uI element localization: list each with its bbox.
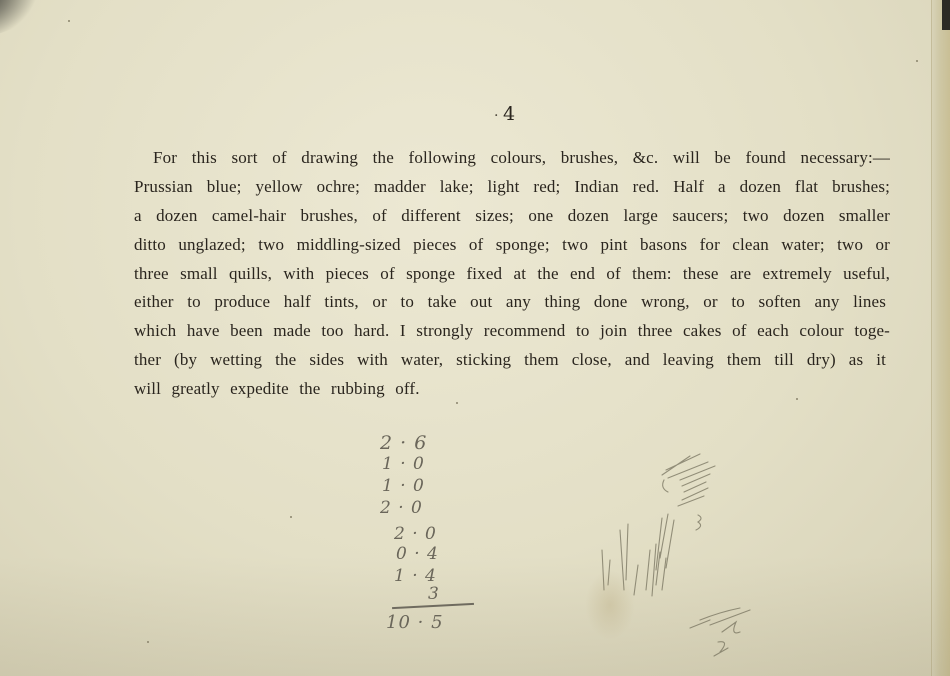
page-number: 4 (503, 103, 515, 125)
text-line: either to produce half tints, or to take… (134, 288, 886, 317)
text-line: ditto unglazed; two middling-sized piece… (134, 231, 890, 260)
text-line: Prussian blue; yellow ochre; madder lake… (134, 173, 890, 202)
text-line: For this sort of drawing the following c… (134, 144, 890, 173)
binding-shadow (942, 0, 950, 30)
text-line: will greatly expedite the rubbing off. (134, 375, 890, 404)
page-number-dot: . (494, 104, 498, 120)
paper-speck (68, 20, 70, 22)
handwritten-entry: 1 · 4 (394, 566, 437, 586)
handwritten-entry: 2 · 0 (394, 524, 437, 544)
paper-stain (585, 570, 635, 640)
text-line: which have been made too hard. I strongl… (134, 317, 890, 346)
handwritten-entry: 2 · 0 (380, 498, 423, 518)
paper-speck (456, 402, 458, 404)
handwritten-entry: 0 · 4 (396, 544, 439, 564)
corner-shadow (0, 0, 46, 40)
handwritten-entry: 3 (428, 584, 440, 604)
book-page: . 4 For this sort of drawing the followi… (0, 0, 950, 676)
paper-speck (290, 516, 292, 518)
text-line: three small quills, with pieces of spong… (134, 260, 890, 289)
handwritten-entry: 1 · 0 (382, 454, 425, 474)
paper-speck (147, 641, 149, 643)
body-paragraph: For this sort of drawing the following c… (134, 144, 890, 404)
text-line: a dozen camel-hair brushes, of different… (134, 202, 890, 231)
paper-speck (916, 60, 918, 62)
paper-speck (796, 398, 798, 400)
text-line: ther (by wetting the sides with water, s… (134, 346, 886, 375)
handwritten-entry: 2 · 6 (380, 432, 427, 454)
handwritten-total: 10 · 5 (386, 612, 444, 633)
bottom-shade (0, 556, 950, 676)
handwritten-entry: 1 · 0 (382, 476, 425, 496)
